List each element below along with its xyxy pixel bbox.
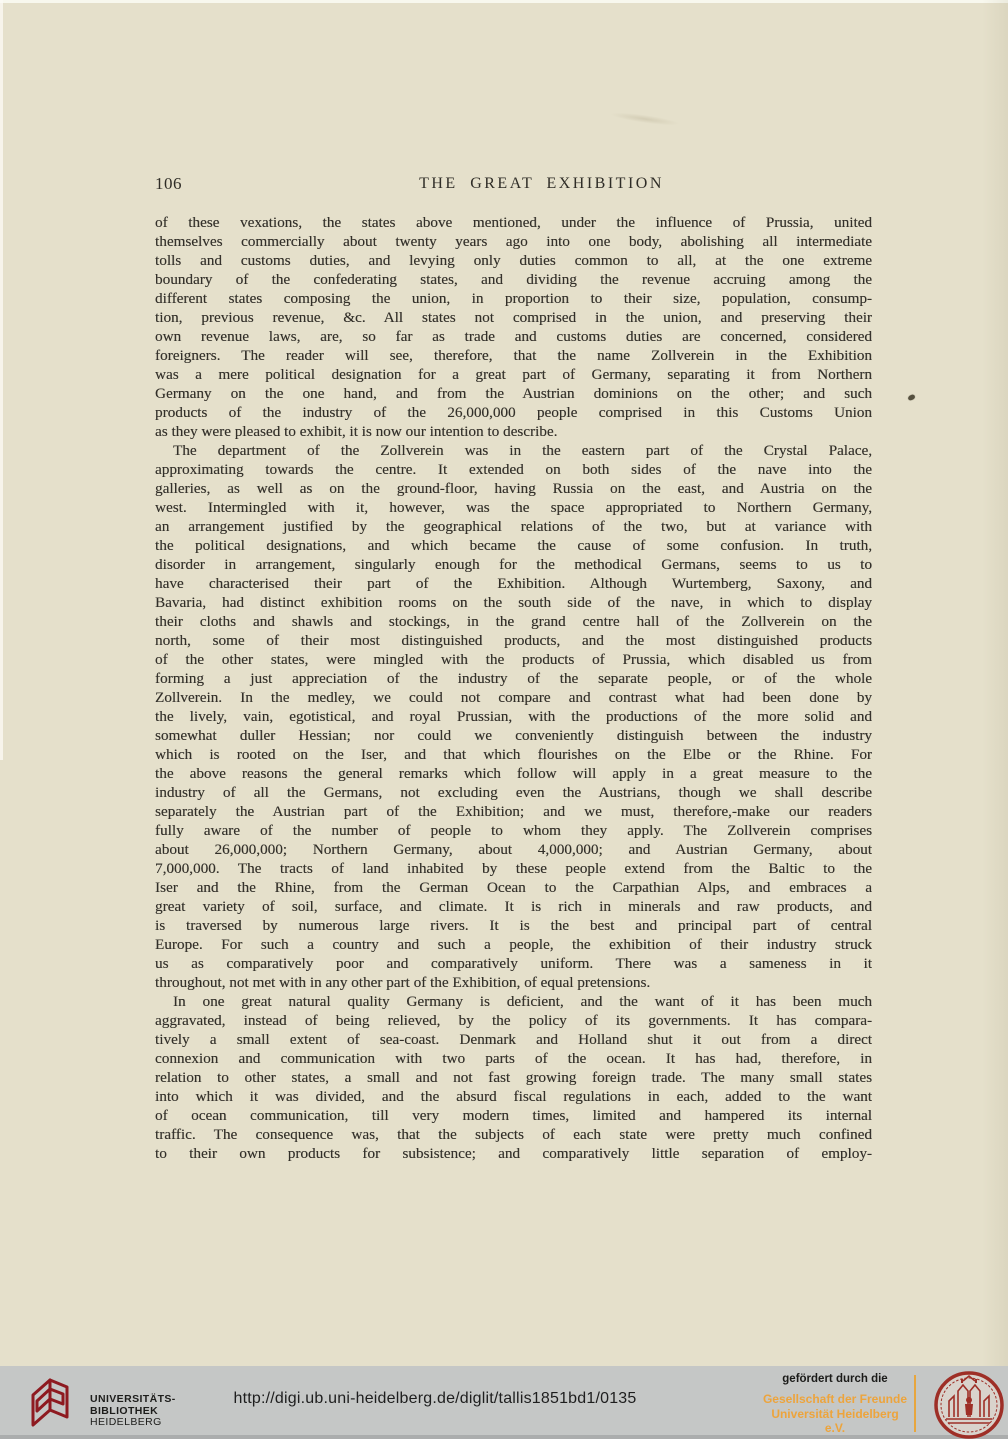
text-line: of ocean communication, till very modern… [155, 1106, 872, 1125]
text-line: disorder in arrangement, singularly enou… [155, 555, 872, 574]
funding-prefix: gefördert durch die [760, 1373, 910, 1385]
text-line: have characterised their part of the Exh… [155, 574, 872, 593]
text-line: traffic. The consequence was, that the s… [155, 1125, 872, 1144]
text-line: tively a small extent of sea-coast. Denm… [155, 1030, 872, 1049]
text-line: north, some of their most distinguished … [155, 631, 872, 650]
text-line: Europe. For such a country and such a pe… [155, 935, 872, 954]
ink-speck [907, 394, 915, 401]
text-line: somewhat duller Hessian; nor could we co… [155, 726, 872, 745]
funding-credit: gefördert durch die Gesellschaft der Fre… [760, 1373, 910, 1436]
running-header-title: THE GREAT EXHIBITION [155, 175, 872, 193]
text-line: In one great natural quality Germany is … [155, 992, 872, 1011]
funding-org-line: Gesellschaft der Freunde [760, 1392, 910, 1407]
text-line: boundary of the confederating states, an… [155, 270, 872, 289]
scan-edge-left [0, 0, 3, 760]
text-line: approximating towards the centre. It ext… [155, 460, 872, 479]
paper-smudge [610, 110, 680, 128]
text-line: which is rooted on the Iser, and that wh… [155, 745, 872, 764]
text-line: Iser and the Rhine, from the German Ocea… [155, 878, 872, 897]
text-line: the political designations, and which be… [155, 536, 872, 555]
text-line: tion, previous revenue, &c. All states n… [155, 308, 872, 327]
text-line: as they were pleased to exhibit, it is n… [155, 422, 872, 441]
text-line: west. Intermingled with it, however, was… [155, 498, 872, 517]
text-line: their cloths and shawls and stockings, i… [155, 612, 872, 631]
text-line: Germany on the one hand, and from the Au… [155, 384, 872, 403]
text-line: 7,000,000. The tracts of land inhabited … [155, 859, 872, 878]
text-line: separately the Austrian part of the Exhi… [155, 802, 872, 821]
scan-edge-right [982, 0, 1008, 1366]
footer-bottom-shadow [0, 1435, 1008, 1439]
scan-edge-top [0, 0, 1008, 3]
document-url: http://digi.ub.uni-heidelberg.de/diglit/… [0, 1390, 870, 1408]
text-line: The department of the Zollverein was in … [155, 441, 872, 460]
text-line: an arrangement justified by the geograph… [155, 517, 872, 536]
page-body-text: of these vexations, the states above men… [155, 213, 872, 1163]
library-name-line: HEIDELBERG [90, 1417, 176, 1429]
text-line: galleries, as well as on the ground-floo… [155, 479, 872, 498]
text-line: throughout, not met with in any other pa… [155, 973, 872, 992]
text-line: was a mere political designation for a g… [155, 365, 872, 384]
text-line: of the other states, were mingled with t… [155, 650, 872, 669]
text-line: Zollverein. In the medley, we could not … [155, 688, 872, 707]
text-line: the lively, vain, egotistical, and royal… [155, 707, 872, 726]
footer-divider [914, 1375, 916, 1432]
text-line: into which it was divided, and the absur… [155, 1087, 872, 1106]
text-line: industry of all the Germans, not excludi… [155, 783, 872, 802]
text-line: aggravated, instead of being relieved, b… [155, 1011, 872, 1030]
text-line: us as comparatively poor and comparative… [155, 954, 872, 973]
text-line: Bavaria, had distinct exhibition rooms o… [155, 593, 872, 612]
heidelberg-university-seal-icon [934, 1371, 1004, 1439]
funding-org-line: Universität Heidelberg e.V. [760, 1407, 910, 1436]
text-line: themselves commercially about twenty yea… [155, 232, 872, 251]
scanned-page-paper: 106 THE GREAT EXHIBITION of these vexati… [0, 0, 1008, 1366]
text-line: of these vexations, the states above men… [155, 213, 872, 232]
text-line: own revenue laws, are, so far as trade a… [155, 327, 872, 346]
text-line: foreigners. The reader will see, therefo… [155, 346, 872, 365]
text-line: about 26,000,000; Northern Germany, abou… [155, 840, 872, 859]
text-line: forming a just appreciation of the indus… [155, 669, 872, 688]
text-line: products of the industry of the 26,000,0… [155, 403, 872, 422]
digitization-footer: UNIVERSITÄTS- BIBLIOTHEK HEIDELBERG http… [0, 1366, 1008, 1439]
text-line: to their own products for subsistence; a… [155, 1144, 872, 1163]
text-line: great variety of soil, surface, and clim… [155, 897, 872, 916]
text-line: tolls and customs duties, and levying on… [155, 251, 872, 270]
text-line: fully aware of the number of people to w… [155, 821, 872, 840]
text-line: is traversed by numerous large rivers. I… [155, 916, 872, 935]
text-line: connexion and communication with two par… [155, 1049, 872, 1068]
text-line: relation to other states, a small and no… [155, 1068, 872, 1087]
text-line: different states composing the union, in… [155, 289, 872, 308]
text-line: the above reasons the general remarks wh… [155, 764, 872, 783]
